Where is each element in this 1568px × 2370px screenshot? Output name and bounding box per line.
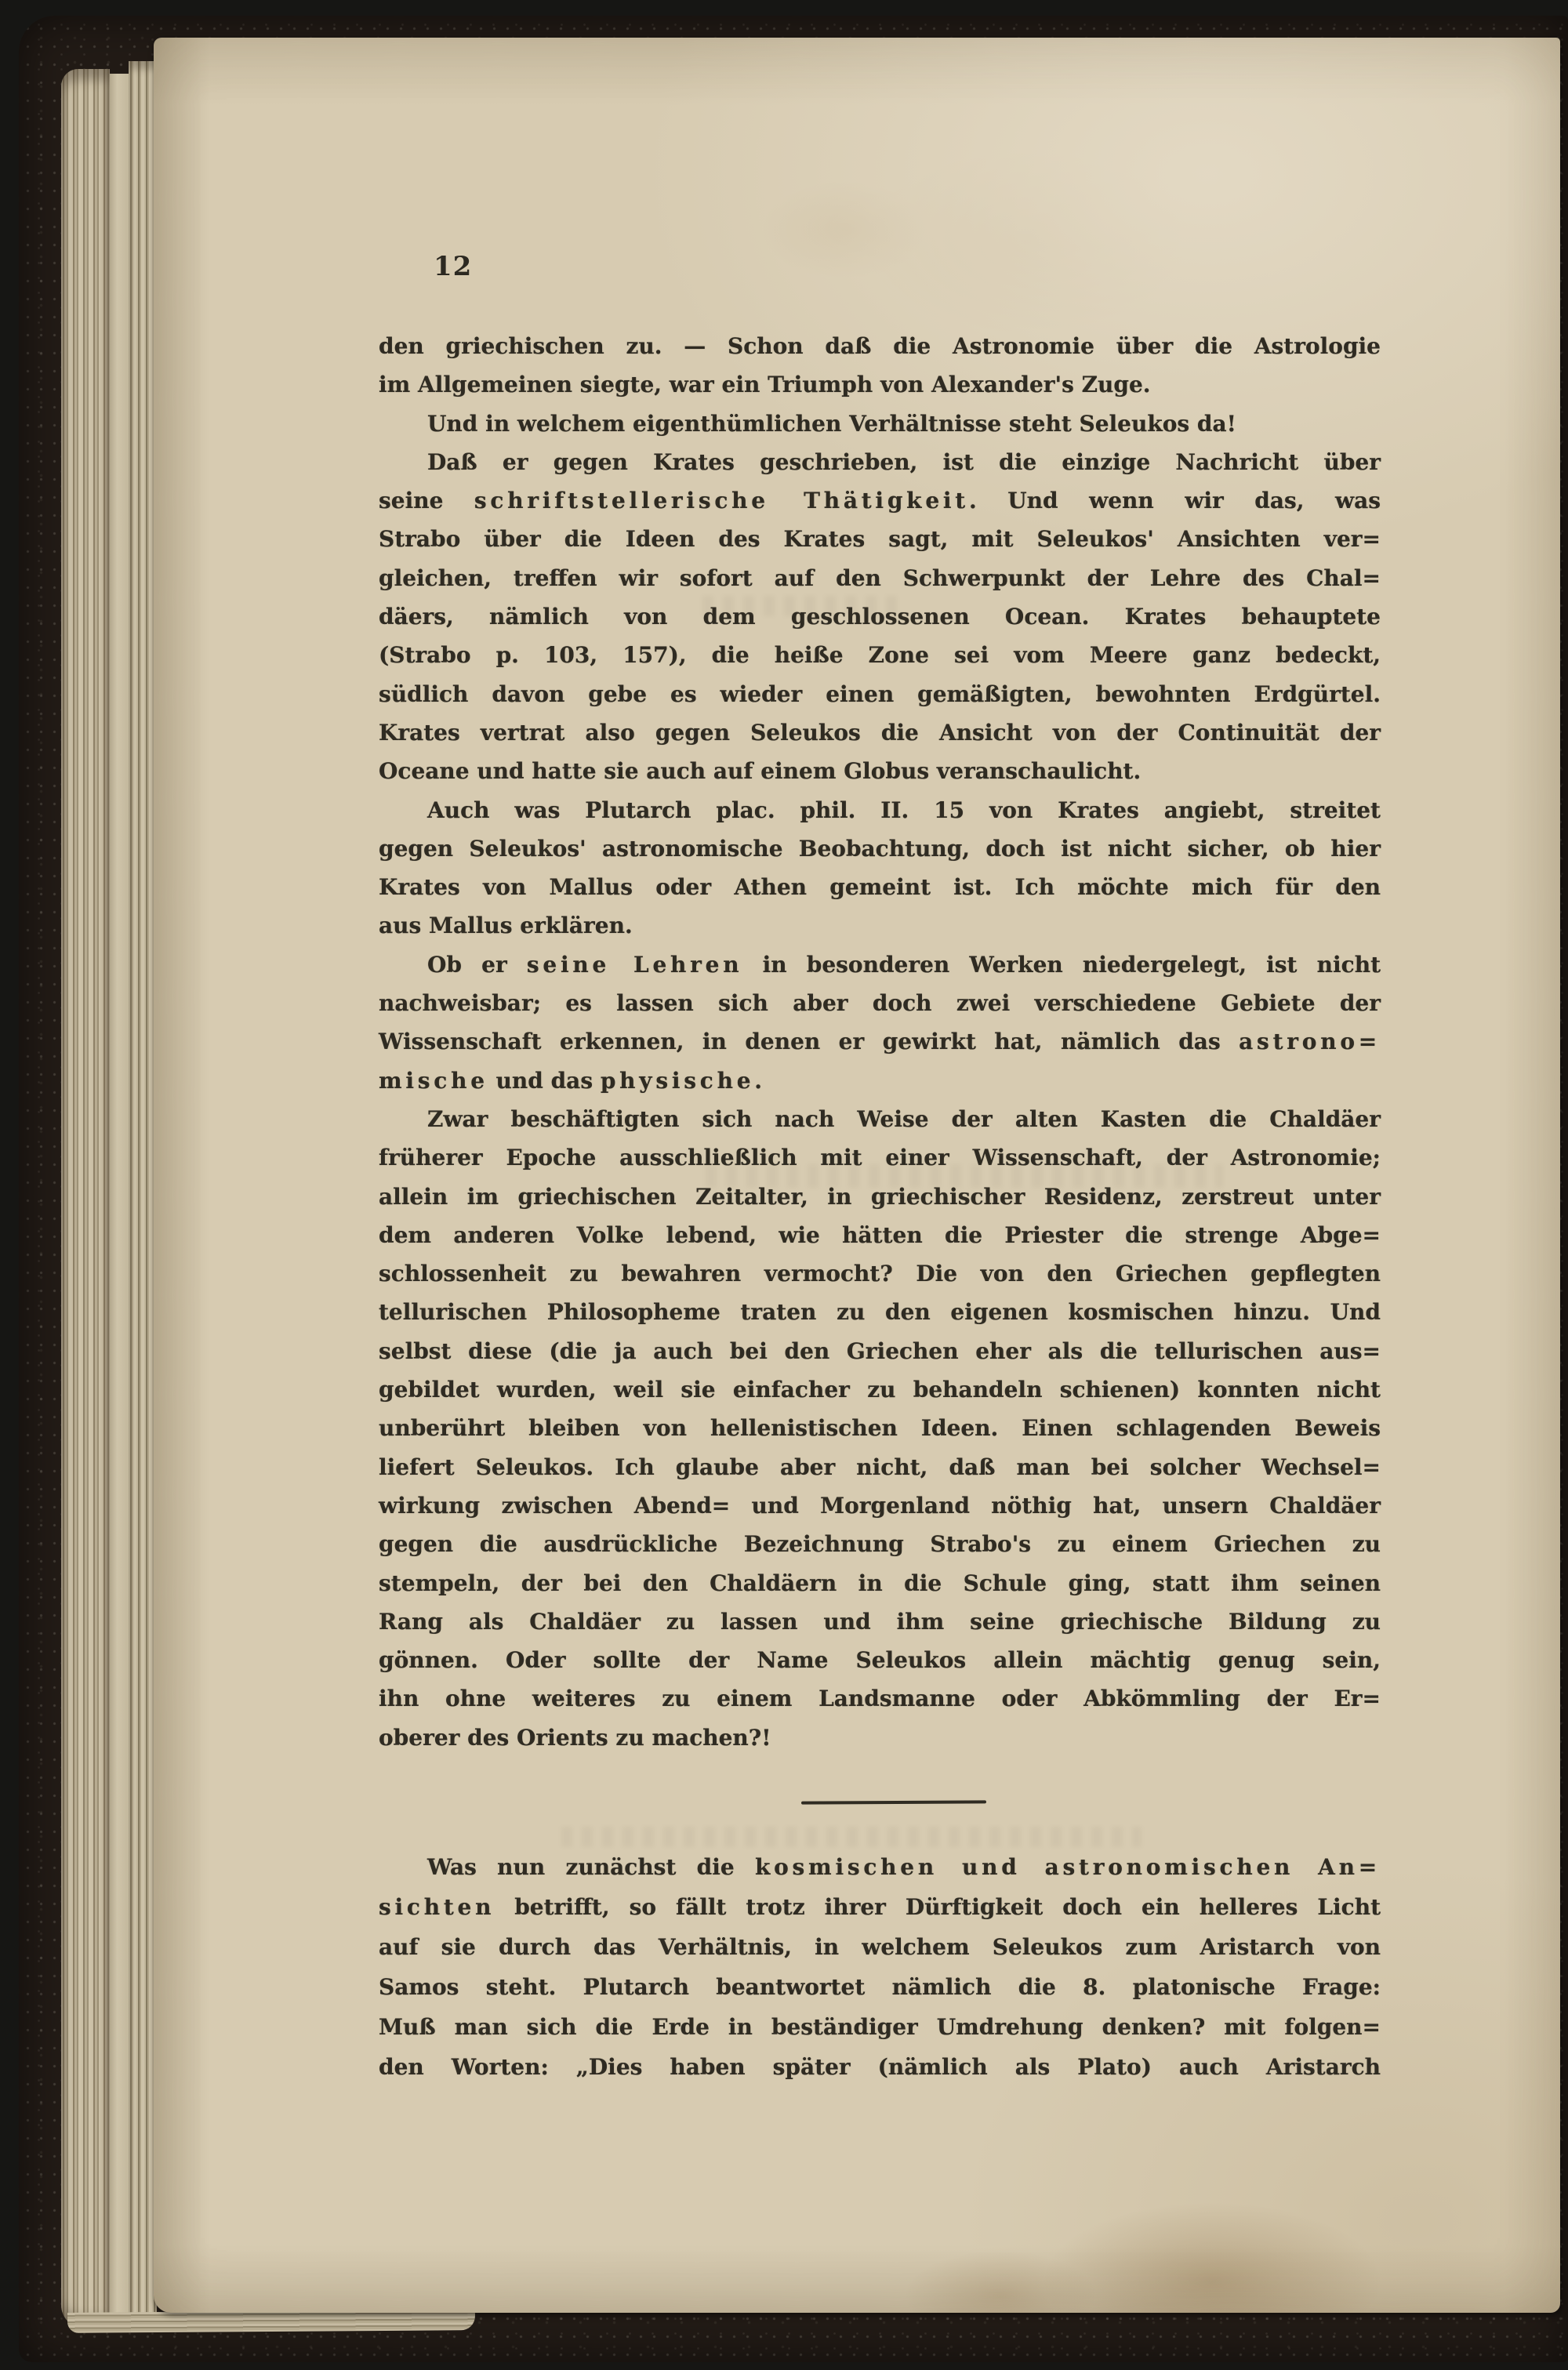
text-segment: südlich davon gebe es wieder einen gemäß… [379,681,1381,707]
text-line: Auch was Plutarch plac. phil. II. 15 von… [379,797,1381,836]
text-line: liefert Seleukos. Ich glaube aber nicht,… [379,1454,1381,1493]
text-segment: oberer des Orients zu machen?! [379,1725,771,1751]
text-line: wirkung zwischen Abend= und Morgenland n… [379,1493,1381,1531]
text-segment: Strabo über die Ideen des Krates sagt, m… [379,526,1381,552]
page-number: 12 [434,251,472,282]
text-line: Daß er gegen Krates geschrieben, ist die… [379,449,1381,488]
text-line: unberührt bleiben von hellenistischen Id… [379,1415,1381,1454]
text-segment: seine [379,488,474,514]
showthrough-smudge [706,1164,1223,1188]
text-line: gebildet wurden, weil sie einfacher zu b… [379,1377,1381,1415]
text-line: nachweisbar; es lassen sich aber doch zw… [379,990,1381,1029]
text-segment: Oceane und hatte sie auch auf einem Glob… [379,758,1141,784]
text-segment: Zwar beschäftigten sich nach Weise der a… [427,1106,1381,1132]
section-separator-rule [801,1800,986,1804]
text-segment: Muß man sich die Erde in beständiger Umd… [379,2014,1381,2040]
text-segment: betrifft, so fällt trotz ihrer Dürftigke… [495,1894,1381,1920]
letterspaced-text-segment: physische [601,1068,754,1094]
text-segment: Und in welchem eigenthümlichen Verhältni… [427,411,1236,437]
text-segment: Auch was Plutarch plac. phil. II. 15 von… [427,797,1381,823]
text-segment: Daß er gegen Krates geschrieben, ist die… [427,449,1381,475]
page-fore-edges-inner [129,61,157,2321]
text-segment: gegen Seleukos' astronomische Beobachtun… [379,836,1381,862]
text-line: Was nun zunächst die kosmischen und astr… [379,1854,1381,1894]
text-segment: Krates vertrat also gegen Seleukos die A… [379,720,1381,746]
text-line: allein im griechischen Zeitalter, in gri… [379,1184,1381,1222]
text-segment: nachweisbar; es lassen sich aber doch zw… [379,990,1381,1016]
text-line: (Strabo p. 103, 157), die heiße Zone sei… [379,642,1381,681]
main-text-block: den griechischen zu. — Schon daß die Ast… [379,333,1381,1763]
text-segment: Samos steht. Plutarch beantwortet nämlic… [379,1974,1381,2000]
text-line: gegen die ausdrückliche Bezeichnung Stra… [379,1531,1381,1570]
text-line: Muß man sich die Erde in beständiger Umd… [379,2014,1381,2054]
text-line: auf sie durch das Verhältnis, in welchem… [379,1934,1381,1974]
text-line: dem anderen Volke lebend, wie hätten die… [379,1222,1381,1261]
text-line: gegen Seleukos' astronomische Beobachtun… [379,836,1381,874]
showthrough-smudge [561,1827,1142,1847]
page-fore-edges-outer [61,69,110,2328]
text-line: Und in welchem eigenthümlichen Verhältni… [379,411,1381,449]
text-segment: (Strabo p. 103, 157), die heiße Zone sei… [379,642,1381,668]
text-segment: in besonderen Werken niedergelegt, ist n… [742,952,1381,978]
text-segment: gönnen. Oder sollte der Name Seleukos al… [379,1647,1381,1673]
text-line: Samos steht. Plutarch beantwortet nämlic… [379,1974,1381,2014]
text-segment: gleichen, treffen wir sofort auf den Sch… [379,565,1381,591]
cover-wear-marks [1043,2306,1325,2352]
text-segment: Wissenschaft erkennen, in denen er gewir… [379,1029,1239,1054]
text-segment: im Allgemeinen siegte, war ein Triumph v… [379,372,1151,397]
text-segment: und das [488,1068,601,1094]
text-segment: aus Mallus erklären. [379,913,633,938]
text-line: Krates von Mallus oder Athen gemeint ist… [379,874,1381,913]
text-line: Ob er seine Lehren in besonderen Werken … [379,952,1381,990]
page-fore-edge-flat [110,74,129,2325]
text-line: den Worten: „Dies haben später (nämlich … [379,2054,1381,2094]
text-line: Krates vertrat also gegen Seleukos die A… [379,720,1381,758]
letterspaced-text-segment: astrono= [1239,1029,1381,1054]
text-line: im Allgemeinen siegte, war ein Triumph v… [379,372,1381,410]
text-segment: gegen die ausdrückliche Bezeichnung Stra… [379,1531,1381,1557]
text-line: ihn ohne weiteres zu einem Landsmanne od… [379,1686,1381,1724]
text-line: tellurischen Philosopheme traten zu den … [379,1299,1381,1337]
text-line: schlossenheit zu bewahren vermocht? Die … [379,1261,1381,1299]
text-segment: selbst diese (die ja auch bei den Griech… [379,1338,1381,1364]
text-segment: den Worten: „Dies haben später (nämlich … [379,2054,1381,2080]
text-line: aus Mallus erklären. [379,913,1381,951]
text-segment: . [754,1068,762,1094]
letterspaced-text-segment: schriftstellerische Thätigkeit [474,488,969,514]
text-segment: stempeln, der bei den Chaldäern in die S… [379,1570,1381,1596]
text-line: Oceane und hatte sie auch auf einem Glob… [379,758,1381,797]
text-segment: Krates von Mallus oder Athen gemeint ist… [379,874,1381,900]
book-page: 12 den griechischen zu. — Schon daß die … [154,38,1560,2313]
letterspaced-text-segment: mische [379,1068,488,1094]
text-line: stempeln, der bei den Chaldäern in die S… [379,1570,1381,1609]
text-line: Zwar beschäftigten sich nach Weise der a… [379,1106,1381,1145]
second-text-block: Was nun zunächst die kosmischen und astr… [379,1854,1381,2094]
text-segment: auf sie durch das Verhältnis, in welchem… [379,1934,1381,1960]
text-segment: liefert Seleukos. Ich glaube aber nicht,… [379,1454,1381,1480]
text-segment: Was nun zunächst die [427,1854,755,1880]
text-segment: Ob er [427,952,527,978]
letterspaced-text-segment: kosmischen und astronomischen An= [755,1854,1381,1880]
text-segment: den griechischen zu. — Schon daß die Ast… [379,333,1381,359]
text-segment: dem anderen Volke lebend, wie hätten die… [379,1222,1381,1248]
page-bottom-edges [67,2310,475,2333]
letterspaced-text-segment: sichten [379,1894,495,1920]
text-line: gönnen. Oder sollte der Name Seleukos al… [379,1647,1381,1686]
text-line: Wissenschaft erkennen, in denen er gewir… [379,1029,1381,1067]
showthrough-smudge [702,596,906,616]
text-segment: schlossenheit zu bewahren vermocht? Die … [379,1261,1381,1287]
text-segment: gebildet wurden, weil sie einfacher zu b… [379,1377,1381,1403]
text-segment: ihn ohne weiteres zu einem Landsmanne od… [379,1686,1381,1711]
text-segment: Rang als Chaldäer zu lassen und ihm sein… [379,1609,1381,1635]
text-line: Strabo über die Ideen des Krates sagt, m… [379,526,1381,564]
text-line: seine schriftstellerische Thätigkeit. Un… [379,488,1381,526]
text-line: südlich davon gebe es wieder einen gemäß… [379,681,1381,720]
text-segment: unberührt bleiben von hellenistischen Id… [379,1415,1381,1441]
text-line: den griechischen zu. — Schon daß die Ast… [379,333,1381,372]
text-line: mische und das physische. [379,1068,1381,1106]
text-segment: tellurischen Philosopheme traten zu den … [379,1299,1381,1325]
text-line: selbst diese (die ja auch bei den Griech… [379,1338,1381,1377]
text-line: sichten betrifft, so fällt trotz ihrer D… [379,1894,1381,1934]
text-segment: . Und wenn wir das, was [969,488,1381,514]
text-segment: wirkung zwischen Abend= und Morgenland n… [379,1493,1381,1519]
text-line: oberer des Orients zu machen?! [379,1725,1381,1763]
letterspaced-text-segment: seine Lehren [527,952,742,978]
text-line: Rang als Chaldäer zu lassen und ihm sein… [379,1609,1381,1647]
